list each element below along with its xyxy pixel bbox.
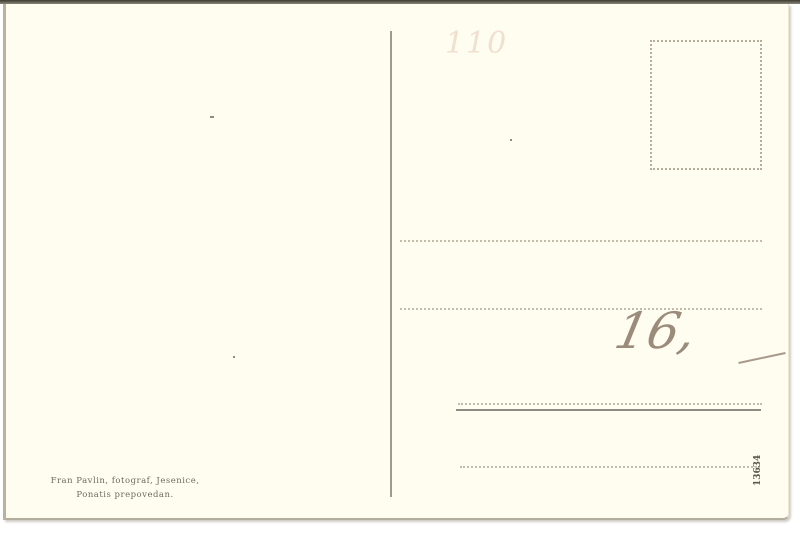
address-line-4: [460, 466, 760, 468]
address-underline: [456, 409, 761, 411]
serial-number: 13634: [753, 455, 763, 486]
address-line-1: [400, 240, 762, 242]
publisher-line-2: Ponatis prepovedan.: [40, 488, 210, 502]
publisher-imprint: Fran Pavlin, fotograf, Jesenice, Ponatis…: [40, 474, 210, 502]
address-line-3: [458, 403, 762, 405]
pencil-note-top: 110: [445, 26, 508, 61]
paper-speck: [233, 356, 235, 358]
center-divider-line: [390, 31, 392, 497]
address-line-2: [400, 308, 762, 310]
publisher-line-1: Fran Pavlin, fotograf, Jesenice,: [40, 474, 210, 488]
pencil-price: 16,: [610, 302, 702, 360]
paper-speck: [510, 139, 512, 141]
paper-speck: [210, 116, 214, 118]
stamp-placeholder-box: [650, 40, 762, 170]
